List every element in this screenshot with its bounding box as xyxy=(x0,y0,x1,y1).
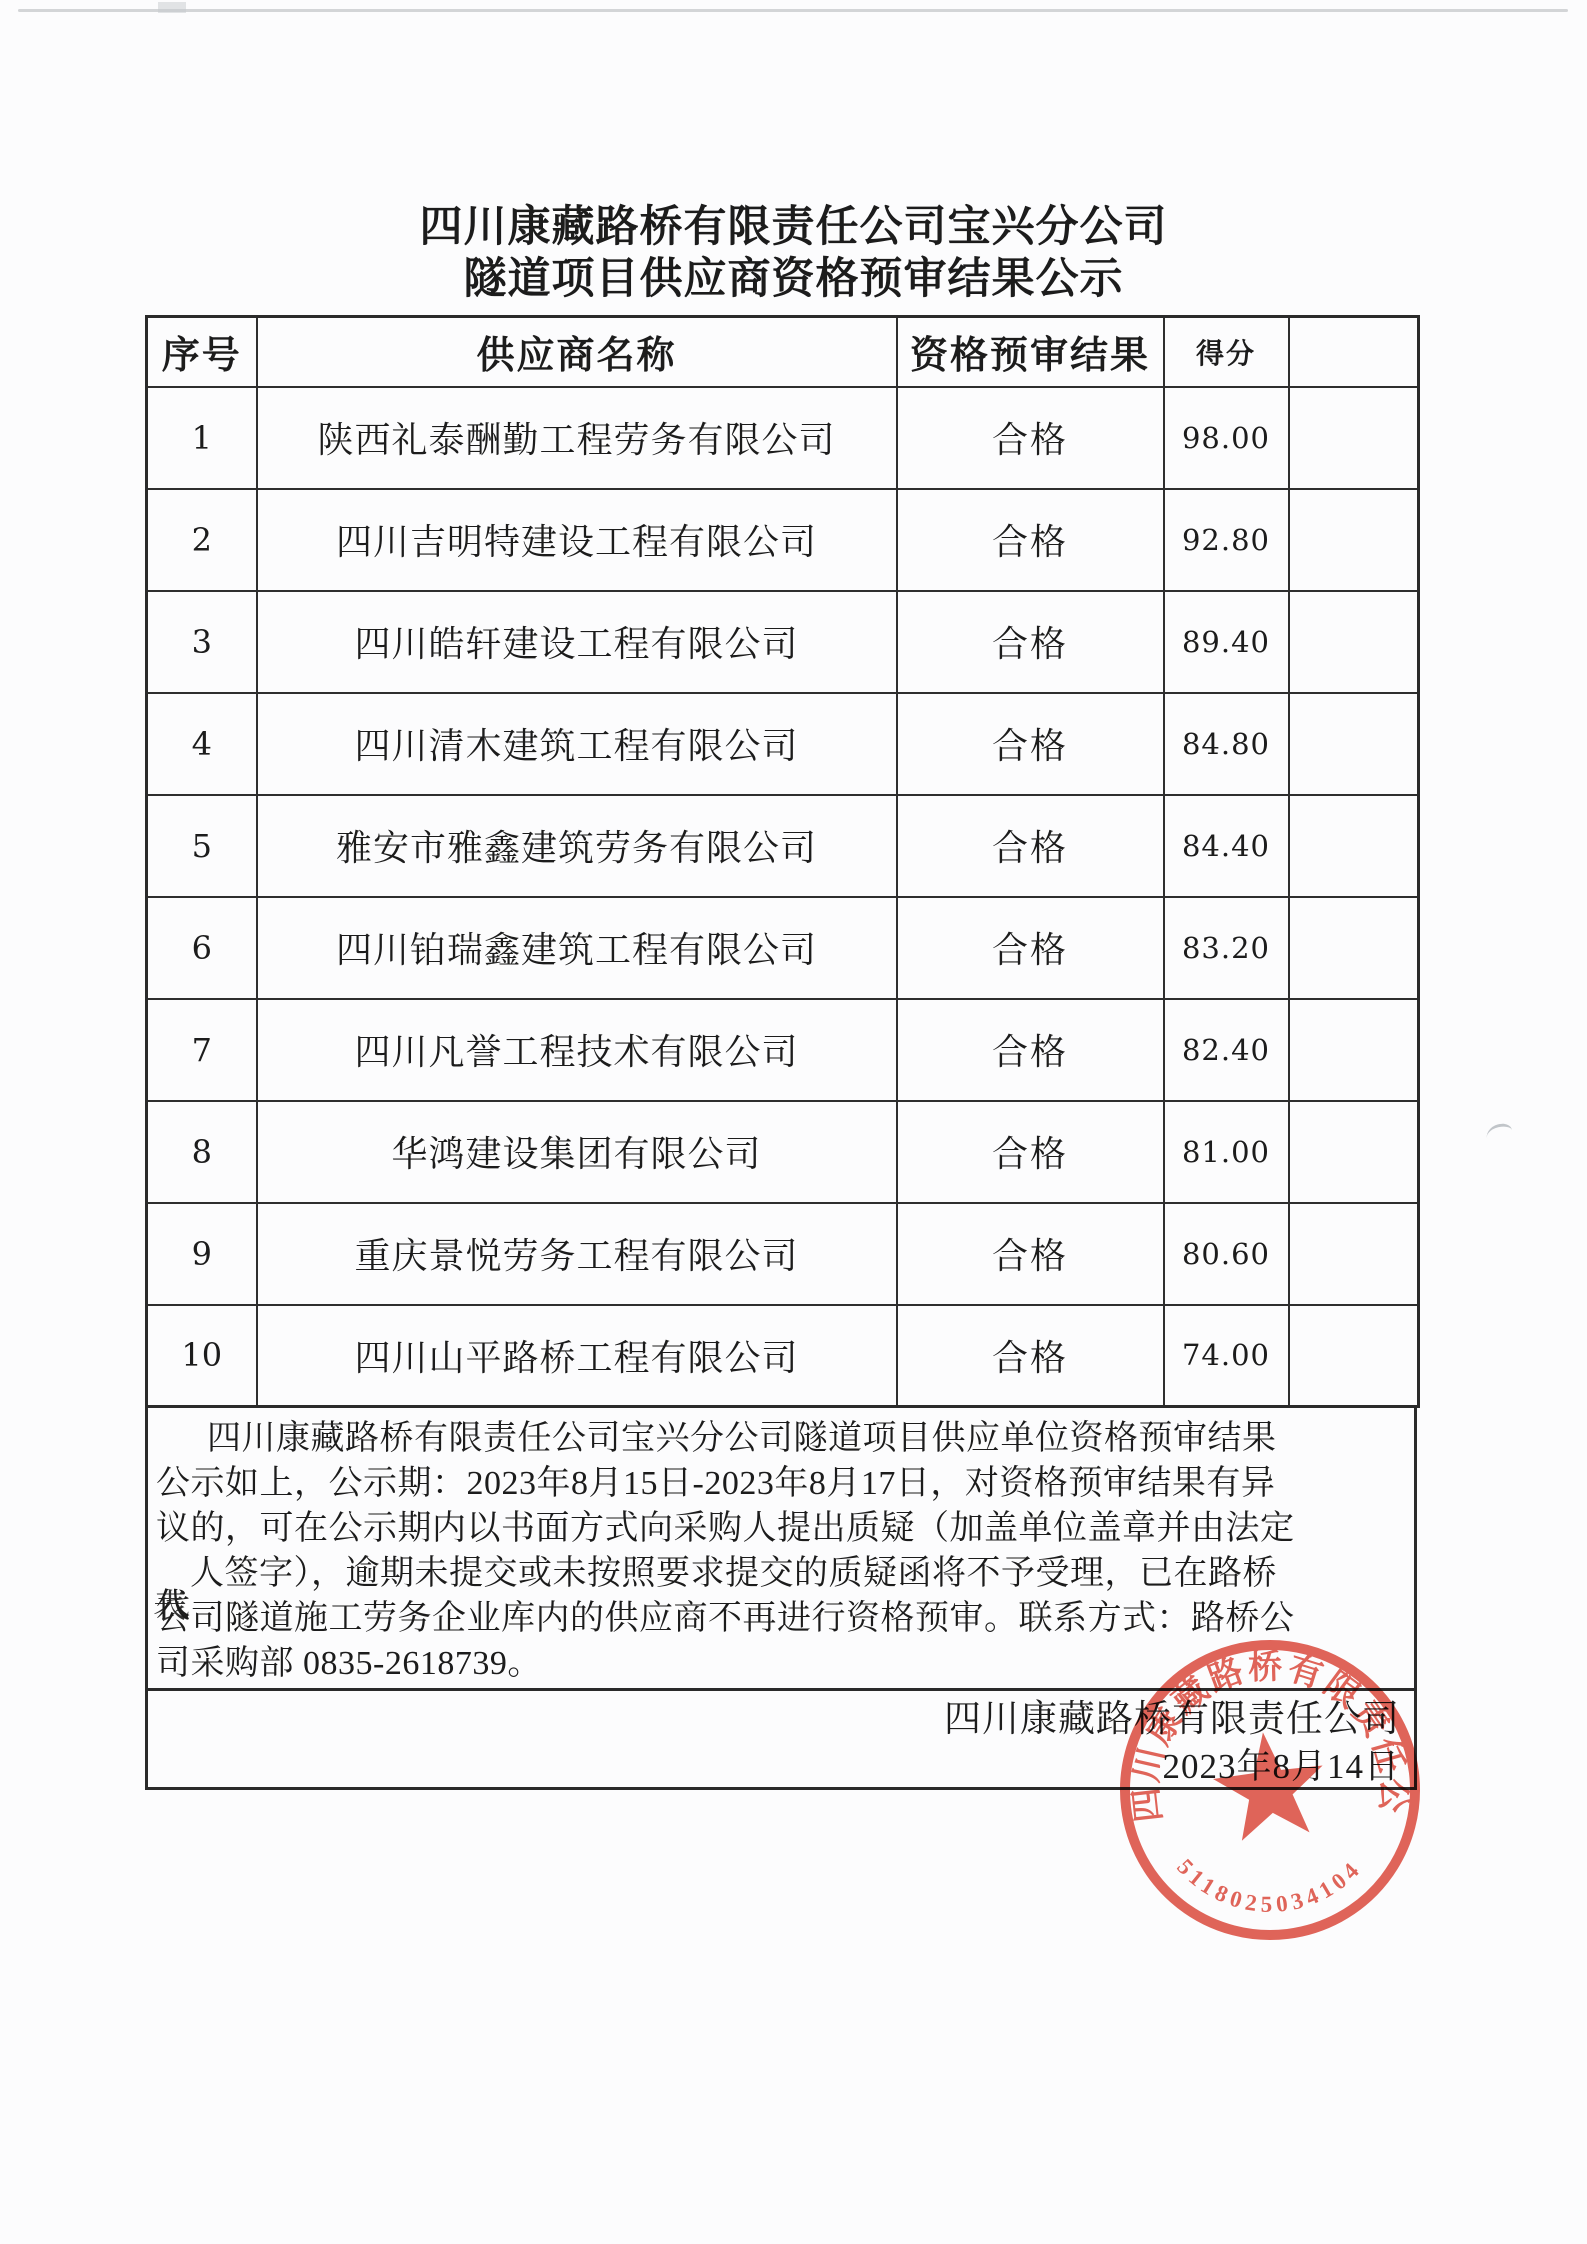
document-title-line1: 四川康藏路桥有限责任公司宝兴分公司 xyxy=(0,202,1587,254)
cell-supplier-name: 四川铂瑞鑫建筑工程有限公司 xyxy=(257,897,897,999)
cell-index: 3 xyxy=(147,591,257,693)
cell-score: 81.00 xyxy=(1164,1101,1289,1203)
scan-artifact-top-line xyxy=(18,9,1568,12)
cell-index: 4 xyxy=(147,693,257,795)
table-row: 3 四川皓轩建设工程有限公司 合格 89.40 xyxy=(147,591,1419,693)
cell-supplier-name: 重庆景悦劳务工程有限公司 xyxy=(257,1203,897,1305)
cell-score: 84.40 xyxy=(1164,795,1289,897)
cell-supplier-name: 陕西礼泰酬勤工程劳务有限公司 xyxy=(257,387,897,489)
table-row: 7 四川凡誉工程技术有限公司 合格 82.40 xyxy=(147,999,1419,1101)
cell-score: 84.80 xyxy=(1164,693,1289,795)
table-row: 8 华鸿建设集团有限公司 合格 81.00 xyxy=(147,1101,1419,1203)
cell-remark xyxy=(1289,591,1419,693)
document-title-line2: 隧道项目供应商资格预审结果公示 xyxy=(0,254,1587,306)
cell-result: 合格 xyxy=(897,387,1164,489)
seal-star-icon xyxy=(1208,1726,1330,1844)
cell-score: 80.60 xyxy=(1164,1203,1289,1305)
scan-artifact-notch xyxy=(158,2,186,13)
table-row: 5 雅安市雅鑫建筑劳务有限公司 合格 84.40 xyxy=(147,795,1419,897)
table-row: 1 陕西礼泰酬勤工程劳务有限公司 合格 98.00 xyxy=(147,387,1419,489)
notice-line: 四川康藏路桥有限责任公司宝兴分公司隧道项目供应单位资格预审结果 xyxy=(156,1416,1404,1461)
cell-score: 83.20 xyxy=(1164,897,1289,999)
cell-remark xyxy=(1289,693,1419,795)
table-row: 6 四川铂瑞鑫建筑工程有限公司 合格 83.20 xyxy=(147,897,1419,999)
notice-line: 代表人签字），逾期未提交或未按照要求提交的质疑函将不予受理，已在路桥 xyxy=(156,1551,1404,1596)
cell-remark xyxy=(1289,897,1419,999)
table-row: 10 四川山平路桥工程有限公司 合格 74.00 xyxy=(147,1305,1419,1407)
results-table: 序号 供应商名称 资格预审结果 得分 1 陕西礼泰酬勤工程劳务有限公司 合格 9… xyxy=(145,315,1420,1408)
cell-index: 10 xyxy=(147,1305,257,1407)
cell-score: 92.80 xyxy=(1164,489,1289,591)
cell-score: 89.40 xyxy=(1164,591,1289,693)
table-header-row: 序号 供应商名称 资格预审结果 得分 xyxy=(147,317,1419,387)
col-header-result: 资格预审结果 xyxy=(897,317,1164,387)
cell-supplier-name: 四川皓轩建设工程有限公司 xyxy=(257,591,897,693)
cell-score: 74.00 xyxy=(1164,1305,1289,1407)
table-row: 9 重庆景悦劳务工程有限公司 合格 80.60 xyxy=(147,1203,1419,1305)
col-header-remark xyxy=(1289,317,1419,387)
cell-index: 6 xyxy=(147,897,257,999)
notice-line: 公示如上，公示期：2023年8月15日-2023年8月17日，对资格预审结果有异 xyxy=(156,1461,1404,1506)
cell-supplier-name: 四川山平路桥工程有限公司 xyxy=(257,1305,897,1407)
notice-line: 议的，可在公示期内以书面方式向采购人提出质疑（加盖单位盖章并由法定 xyxy=(156,1506,1404,1551)
document-page: 四川康藏路桥有限责任公司宝兴分公司 隧道项目供应商资格预审结果公示 序号 供应商… xyxy=(0,0,1587,2244)
cell-result: 合格 xyxy=(897,1101,1164,1203)
col-header-score: 得分 xyxy=(1164,317,1289,387)
cell-remark xyxy=(1289,489,1419,591)
cell-supplier-name: 四川清木建筑工程有限公司 xyxy=(257,693,897,795)
cell-remark xyxy=(1289,1203,1419,1305)
cell-score: 98.00 xyxy=(1164,387,1289,489)
cell-result: 合格 xyxy=(897,489,1164,591)
cell-supplier-name: 华鸿建设集团有限公司 xyxy=(257,1101,897,1203)
table-row: 2 四川吉明特建设工程有限公司 合格 92.80 xyxy=(147,489,1419,591)
table-row: 4 四川清木建筑工程有限公司 合格 84.80 xyxy=(147,693,1419,795)
col-header-supplier: 供应商名称 xyxy=(257,317,897,387)
cell-result: 合格 xyxy=(897,591,1164,693)
cell-result: 合格 xyxy=(897,693,1164,795)
cell-index: 2 xyxy=(147,489,257,591)
cell-remark xyxy=(1289,795,1419,897)
cell-remark xyxy=(1289,387,1419,489)
cell-result: 合格 xyxy=(897,999,1164,1101)
cell-supplier-name: 四川凡誉工程技术有限公司 xyxy=(257,999,897,1101)
cell-result: 合格 xyxy=(897,795,1164,897)
scan-artifact-mark xyxy=(1485,1123,1512,1139)
cell-score: 82.40 xyxy=(1164,999,1289,1101)
cell-remark xyxy=(1289,1101,1419,1203)
cell-index: 5 xyxy=(147,795,257,897)
cell-index: 9 xyxy=(147,1203,257,1305)
document-title: 四川康藏路桥有限责任公司宝兴分公司 隧道项目供应商资格预审结果公示 xyxy=(0,202,1587,306)
cell-result: 合格 xyxy=(897,897,1164,999)
cell-index: 7 xyxy=(147,999,257,1101)
cell-index: 1 xyxy=(147,387,257,489)
cell-result: 合格 xyxy=(897,1305,1164,1407)
col-header-index: 序号 xyxy=(147,317,257,387)
cell-remark xyxy=(1289,1305,1419,1407)
cell-supplier-name: 四川吉明特建设工程有限公司 xyxy=(257,489,897,591)
company-seal: 四川康藏路桥有限责任公司 5118025034104 xyxy=(1081,1601,1460,1980)
cell-supplier-name: 雅安市雅鑫建筑劳务有限公司 xyxy=(257,795,897,897)
cell-result: 合格 xyxy=(897,1203,1164,1305)
cell-remark xyxy=(1289,999,1419,1101)
cell-index: 8 xyxy=(147,1101,257,1203)
document-body: 序号 供应商名称 资格预审结果 得分 1 陕西礼泰酬勤工程劳务有限公司 合格 9… xyxy=(145,315,1417,1790)
